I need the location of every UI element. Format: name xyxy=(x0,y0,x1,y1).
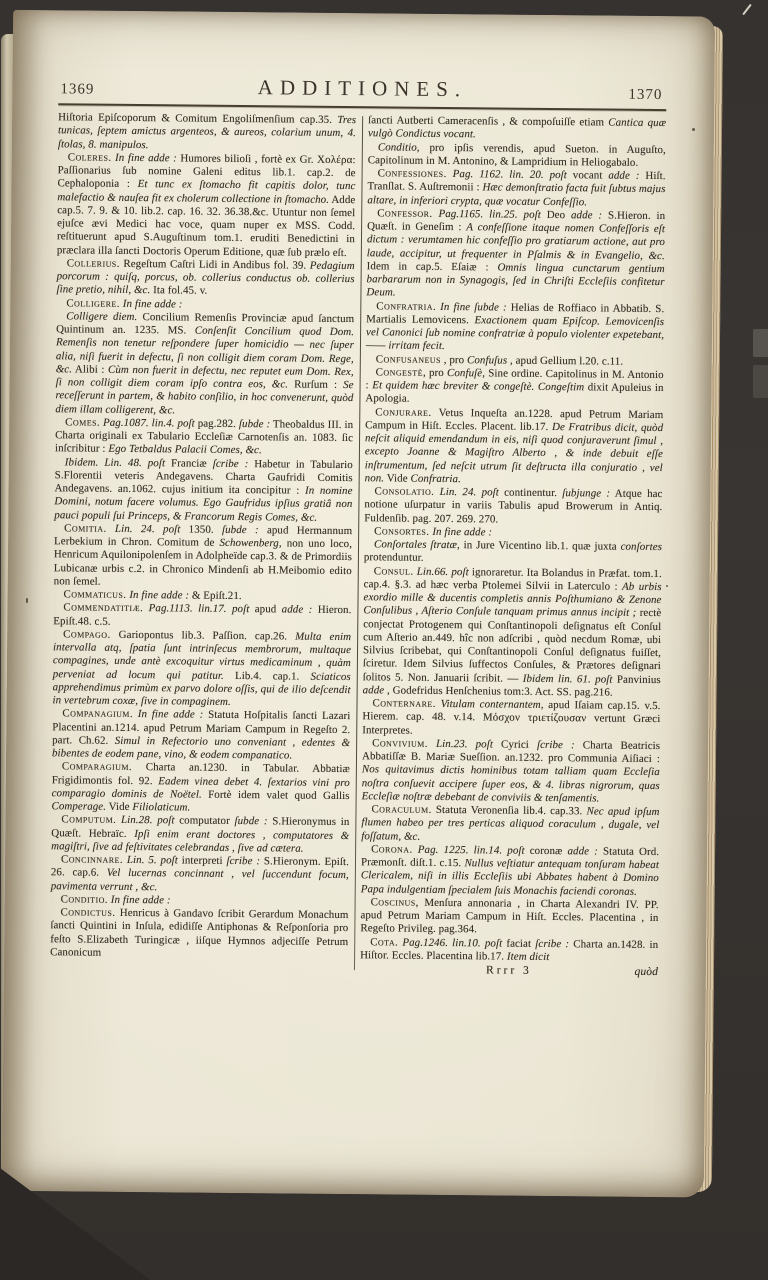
page-header: 1369 ADDITIONES. 1370 xyxy=(58,64,666,104)
entry-headword: Computum. xyxy=(61,814,116,827)
text-run: Μόσχον τριετίζουσαν xyxy=(483,712,587,725)
entry-headword: Compago. xyxy=(63,628,111,640)
text-run: Rurſum : xyxy=(288,378,343,391)
entry-headword: Coscinus xyxy=(371,896,416,908)
text-run: Fortè idem valet quod Gallis xyxy=(202,788,350,801)
text-run: continentur. xyxy=(499,487,562,500)
text-run: Cyrici xyxy=(493,738,537,750)
book-page: 1369 ADDITIONES. 1370 Hiſtoria Epiſcopor… xyxy=(2,10,715,1198)
text-run: Conditio, xyxy=(378,141,420,153)
text-run: In fine adde : xyxy=(123,297,183,310)
right-column: ſancti Autberti Cameracenſis , & compoſu… xyxy=(360,114,666,979)
entry-headword: Conternare. xyxy=(372,697,436,710)
text-run: ſubde : xyxy=(239,418,270,430)
entry-headword: Collerius. xyxy=(67,257,120,270)
text-run: ſcribe : xyxy=(537,739,575,751)
paragraph: ſancti Autberti Cameracenſis , & compoſu… xyxy=(368,114,666,143)
paragraph: Collerius. Regeſtum Caſtri Lidi in Andib… xyxy=(56,257,354,300)
text-run: Lib.4. cap.1. xyxy=(224,669,311,682)
text-run: Vitulam conternantem, xyxy=(441,698,544,711)
text-run: ſubde : xyxy=(222,524,259,536)
text-run: Confratria. xyxy=(410,472,461,484)
text-run: Colligere diem. xyxy=(66,310,137,323)
catchword: quòd xyxy=(634,966,658,979)
paragraph: Comparagium. Charta an.1230. in Tabular.… xyxy=(51,760,349,816)
entry-headword: Comes. xyxy=(65,416,100,428)
text-run: Ego Tetbaldus Palacii Comes, &c. xyxy=(108,443,262,456)
entry-headword: Coleres. xyxy=(68,151,112,163)
entry-headword: Congestè xyxy=(376,366,423,378)
entry-headword: Concinnare. xyxy=(61,853,123,866)
text-run: ſancti Autberti Cameracenſis , & compoſu… xyxy=(368,114,608,128)
entry-headword: Confessor. xyxy=(377,207,433,220)
text-run: adde : xyxy=(571,209,602,221)
entry-headword: Commaticus. xyxy=(64,588,127,601)
text-run: In fine adde : xyxy=(432,526,492,539)
paragraph: Compago. Gariopontus lib.3. Paſſion. cap… xyxy=(52,628,351,710)
entry-headword: Cota. xyxy=(370,936,398,948)
entry-headword: Consolatio. xyxy=(374,485,434,498)
text-run: & Epiſt.21. xyxy=(189,590,242,603)
entry-headword: Coraculum. xyxy=(371,803,431,816)
text-run: , Godefridus Henſchenius tom:3. Act. SS.… xyxy=(384,684,613,698)
text-run: ſcribe : xyxy=(226,855,260,867)
text-run: interpreti xyxy=(178,854,227,866)
text-columns: Hiſtoria Epiſcoporum & Comitum Engoliſme… xyxy=(50,111,666,979)
text-run: adde : xyxy=(282,604,313,616)
text-run: Humores bilioſi , fortè ex Gr. xyxy=(177,152,317,165)
paragraph: Concinnare. Lin. 5. poſt interpreti ſcri… xyxy=(51,853,349,896)
text-run: Ibidem. Lin. 48. poſt xyxy=(65,456,165,469)
text-run: ſubjunge : xyxy=(562,487,610,499)
entry-headword: Corona. xyxy=(371,843,413,855)
paragraph: Colligere diem. Concilium Remenſis Provi… xyxy=(55,310,354,419)
text-run: , apud Gellium l.20. c.11. xyxy=(507,354,623,367)
edge-tab-mark-1 xyxy=(753,329,768,357)
entry-headword: Companagium. xyxy=(62,708,133,721)
text-run: ſcribe : xyxy=(213,457,249,469)
text-run: Deo xyxy=(541,209,571,221)
ink-speck xyxy=(26,598,28,603)
paragraph: Hiſtoria Epiſcoporum & Comitum Engoliſme… xyxy=(58,111,356,154)
text-run: 1350. xyxy=(180,523,222,535)
paragraph: Companagium. In fine adde : Statuta Hoſp… xyxy=(52,707,350,763)
entry-headword: Comparagium. xyxy=(62,761,132,774)
text-run: computator xyxy=(175,815,235,828)
text-run: Pag.1087. lin.4. poſt xyxy=(103,416,195,429)
text-run: Pag. 1162. lin. 20. poſt xyxy=(453,168,567,181)
entry-headword: Conditio. xyxy=(61,893,108,905)
text-run xyxy=(107,522,115,534)
text-run: Pag.1246. lin.10. poſt xyxy=(402,936,502,949)
text-run: Schowenberg, xyxy=(219,537,281,550)
text-run: Pag. 1225. lin.14. poſt xyxy=(418,844,525,857)
text-run: Hiſtoria Epiſcoporum & Comitum Engoliſme… xyxy=(58,111,337,126)
text-run: Χολέρα xyxy=(317,154,353,166)
text-run xyxy=(428,738,436,750)
text-run: protenduntur. xyxy=(364,551,424,564)
text-run: adde : xyxy=(567,845,598,857)
text-run: Regeſtum Caſtri Lidi in Andibus fol. 39. xyxy=(120,258,310,272)
header-rule xyxy=(58,103,666,111)
paragraph: Convivium. Lin.23. poſt Cyrici ſcribe : … xyxy=(362,737,661,806)
text-run: Vide xyxy=(384,472,410,484)
paragraph: Confessor. Pag.1165. lin.25. poſt Deo ad… xyxy=(366,207,665,303)
text-run: Nos quitavimus dictis hominibus totam ta… xyxy=(362,763,660,804)
text-run: Idem in cap.5. Eſaiæ : xyxy=(367,260,498,273)
paragraph: Conditio, pro ipſis verendis, apud Sueto… xyxy=(368,141,666,170)
running-title: ADDITIONES. xyxy=(58,73,666,104)
entry-headword: Colligere. xyxy=(66,297,120,310)
text-run: In fine adde : xyxy=(115,152,177,165)
text-run: Item dicit xyxy=(507,950,550,962)
paragraph: Confratria. In fine ſubde : Helias de Ro… xyxy=(366,300,664,356)
text-run: pag.282. xyxy=(195,417,239,429)
text-run: , pro xyxy=(423,367,447,379)
paragraph: Conſortales ſtratæ, in Jure Vicentino li… xyxy=(364,538,662,567)
entry-headword: Confratria. xyxy=(376,300,436,313)
edge-tab-mark-2 xyxy=(753,365,768,398)
text-run: Ibidem lin. 61. poſt xyxy=(523,672,613,685)
text-run: vocant xyxy=(567,169,609,181)
paragraph: Condictus. Henricus à Gandavo ſcribit Ge… xyxy=(50,906,348,962)
entry-headword: Comitia. xyxy=(64,522,107,534)
entry-headword: Consul. xyxy=(374,565,414,577)
paragraph: Corona. Pag. 1225. lin.14. poſt coronæ a… xyxy=(361,843,659,899)
text-run: Pag.1165. lin.25. poſt xyxy=(438,208,541,221)
text-run: In fine adde : xyxy=(138,708,204,721)
text-run: Gariopontus lib.3. Paſſion. cap.26. xyxy=(111,629,295,643)
entry-headword: Confusaneus xyxy=(376,353,441,366)
text-run: In fine adde : xyxy=(129,589,189,602)
entry-headword: Consortes. xyxy=(374,525,429,538)
text-run: Lin.66. poſt xyxy=(417,565,469,577)
text-run: Lin.28. poſt xyxy=(121,814,175,827)
text-run: Alibi : xyxy=(72,363,108,375)
text-run: apud xyxy=(249,603,281,615)
paragraph: Coraculum. Statuta Veronenſia lib.4. cap… xyxy=(361,803,659,846)
paragraph: Conjurare. Vetus Inqueſta an.1228. apud … xyxy=(365,406,664,488)
text-run: in Jure Vicentino lib.1. quæ juxta xyxy=(460,539,621,553)
entry-headword: Condictus. xyxy=(60,906,115,919)
paragraph: Ibidem. Lin. 48. poſt Franciæ ſcribe : H… xyxy=(54,456,353,525)
entry-headword: Convivium. xyxy=(372,737,428,750)
text-run: coronæ xyxy=(525,845,568,857)
text-run: Et quidem hæc breviter & congeſtè. Conge… xyxy=(372,379,584,393)
gathering-signature: Rrrr 3 xyxy=(486,964,532,976)
paragraph: Comes. Pag.1087. lin.4. poſt pag.282. ſu… xyxy=(55,416,353,459)
text-run: Lin. 24. poſt xyxy=(115,523,181,536)
text-run: ſubde : xyxy=(234,815,267,827)
text-run: Comperage. xyxy=(51,800,106,813)
text-run: Lin. 5. poſt xyxy=(127,854,178,866)
entry-headword: Confessiones. xyxy=(378,167,447,180)
text-run: , pro xyxy=(441,353,467,365)
left-column: Hiſtoria Epiſcoporum & Comitum Engoliſme… xyxy=(50,111,356,976)
corner-scratch xyxy=(742,4,752,15)
book-photo-background: 1369 ADDITIONES. 1370 Hiſtoria Epiſcopor… xyxy=(0,0,768,1280)
paragraph: Conternare. Vitulam conternantem, apud I… xyxy=(362,697,660,740)
paragraph: Computum. Lin.28. poſt computator ſubde … xyxy=(51,813,349,856)
paragraph: Consul. Lin.66. poſt ignoraretur. Ita Bo… xyxy=(363,565,662,700)
text-run: Panvinius xyxy=(613,673,661,685)
paragraph: Comitia. Lin. 24. poſt 1350. ſubde : apu… xyxy=(54,522,353,591)
text-run: adde xyxy=(363,684,385,696)
text-run: Confuſè, xyxy=(447,367,485,379)
text-run: Conſortales ſtratæ, xyxy=(374,538,460,551)
text-run: ſcribe : xyxy=(535,937,569,949)
text-run: Lin. 24. poſt xyxy=(440,486,499,499)
paragraph: Cota. Pag.1246. lin.10. poſt faciat ſcri… xyxy=(360,936,658,965)
paragraph: Coscinus, Menſura annonaria , in Charta … xyxy=(360,896,658,939)
text-run: Vide xyxy=(106,801,132,813)
text-run: Franciæ xyxy=(165,457,213,469)
paragraph: Congestè, pro Confuſè, Sine ordine. Capi… xyxy=(365,366,663,409)
text-run: Filiolaticum. xyxy=(132,801,190,814)
text-run: adde : xyxy=(608,170,639,182)
text-run: Ita fol.45. v. xyxy=(150,284,207,297)
text-run: In fine ſubde : xyxy=(440,300,507,313)
page-content: 1369 ADDITIONES. 1370 Hiſtoria Epiſcopor… xyxy=(2,10,715,1198)
entry-headword: Commendatitiæ. xyxy=(63,602,143,615)
paragraph: Commendatitiæ. Pag.1113. lin.17. poſt ap… xyxy=(53,601,351,630)
paragraph: Consolatio. Lin. 24. poſt continentur. ſ… xyxy=(364,485,662,528)
paragraph: Confessiones. Pag. 1162. lin. 20. poſt v… xyxy=(367,167,665,210)
right-column-text: ſancti Autberti Cameracenſis , & compoſu… xyxy=(360,114,666,965)
ink-speck xyxy=(666,585,668,587)
text-run: Pag.1113. lin.17. poſt xyxy=(149,602,250,615)
text-run: In fine adde : xyxy=(111,894,171,907)
paragraph: Coleres. In fine adde : Humores bilioſi … xyxy=(57,151,356,260)
page-number-right: 1370 xyxy=(628,87,662,104)
text-run: Confuſus xyxy=(467,354,507,366)
ink-speck xyxy=(692,128,695,131)
text-run: faciat xyxy=(502,937,535,949)
text-run: Lin.23. poſt xyxy=(436,738,493,751)
text-run: Statuta Veronenſia lib.4. cap.33. xyxy=(432,804,587,817)
text-run: conſortes xyxy=(621,541,663,553)
signature-line: Rrrr 3 quòd xyxy=(360,963,658,979)
entry-headword: Conjurare. xyxy=(375,406,431,419)
